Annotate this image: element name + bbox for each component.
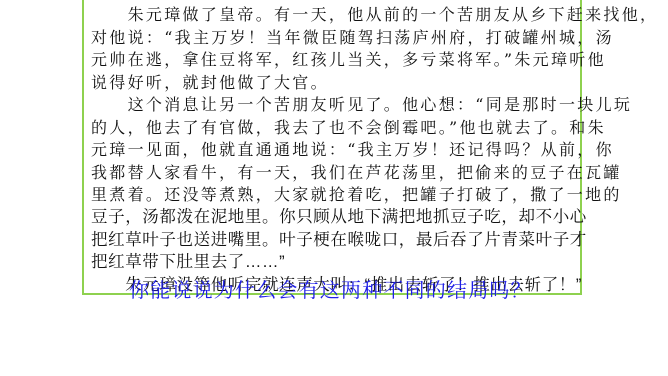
story-line: 我都替人家看牛，有一天，我们在芦花荡里，把偷来的豆子在瓦罐 [91, 162, 577, 185]
story-line: 豆子，汤都泼在泥地里。你只顾从地下满把地抓豆子吃，却不小心 [91, 206, 577, 229]
story-line: 的人，他去了有官做，我去了也不会倒霉吧。”他也就去了。和朱 [91, 117, 577, 140]
story-line: 把红草带下肚里去了……” [91, 251, 577, 274]
story-line: 对他说：“我主万岁！当年微臣随驾扫荡庐州府，打破罐州城，汤 [91, 27, 577, 50]
story-line: 朱元璋做了皇帝。有一天，他从前的一个苦朋友从乡下赶来找他， [91, 4, 577, 27]
story-line: 元帅在逃，拿住豆将军，红孩儿当关，多亏菜将军。”朱元璋听他 [91, 49, 577, 72]
discussion-question: 你能说说为什么会有这两种不同的结局吗？ [129, 274, 532, 303]
story-line: 里煮着。还没等煮熟，大家就抢着吃，把罐子打破了，撒了一地的 [91, 184, 577, 207]
story-line: 元璋一见面，他就直通通地说：“我主万岁！还记得吗？从前，你 [91, 139, 577, 162]
story-paragraphs-calligraphy: 朱元璋做了皇帝。有一天，他从前的一个苦朋友从乡下赶来找他， 对他说：“我主万岁！… [91, 4, 577, 207]
story-line: 说得好听，就封他做了大官。 [91, 72, 577, 95]
story-line: 把红草叶子也送进嘴里。叶子梗在喉咙口，最后吞了片青菜叶子才 [91, 229, 577, 252]
story-line: 这个消息让另一个苦朋友听见了。他心想：“同是那时一块儿玩 [91, 94, 577, 117]
story-text-frame: 朱元璋做了皇帝。有一天，他从前的一个苦朋友从乡下赶来找他， 对他说：“我主万岁！… [82, 0, 582, 295]
